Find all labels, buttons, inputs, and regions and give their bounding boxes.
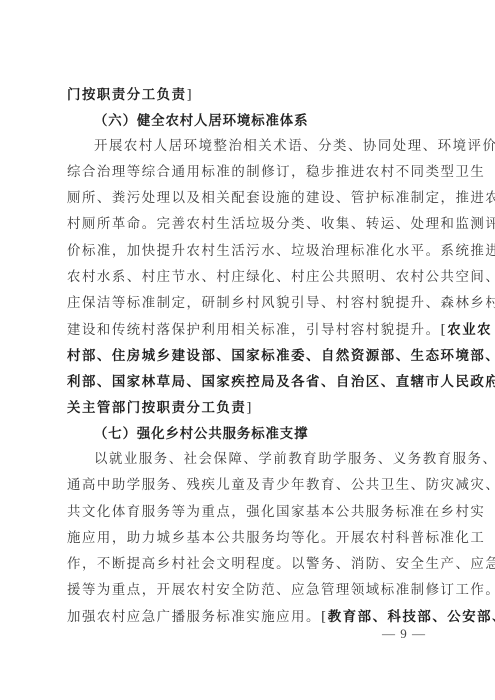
paragraph-line: 厕所、粪污处理以及相关配套设施的建设、管护标准制定，推进农 [67, 186, 433, 212]
paragraph-line: 村厕所革命。完善农村生活垃圾分类、收集、转运、处理和监测评 [67, 212, 433, 238]
closing-bracket: ] [246, 401, 253, 416]
paragraph-line: 农村水系、村庄节水、村庄绿化、村庄公共照明、农村公共空间、村 [67, 265, 433, 291]
responsibility-text: 门按职责分工负责 [67, 87, 187, 103]
paragraph-line: 价标准，加快提升农村生活污水、垃圾治理标准化水平。系统推进 [67, 239, 433, 265]
paragraph-line: 通高中助学服务、残疾儿童及青少年教育、公共卫生、防灾减灾、公 [67, 473, 433, 499]
plain-text: 建设和传统村落保护利用相关标准，引导村容村貌提升。[ [67, 323, 447, 338]
paragraph-line: 综合治理等综合通用标准的制修订，稳步推进农村不同类型卫生 [67, 160, 433, 186]
paragraph-line: 援等为重点，开展农村安全防范、应急管理领域标准制修订工作。 [67, 578, 433, 604]
paragraph-line: 加强农村应急广播服务标准实施应用。[教育部、科技部、公安部、 [67, 604, 433, 630]
responsibility-text: 农业农 [447, 322, 492, 338]
section-7-heading: （七）强化乡村公共服务标准支撑 [67, 421, 433, 447]
plain-text: 加强农村应急广播服务标准实施应用。[ [67, 610, 328, 625]
carryover-line: 门按职责分工负责] [67, 82, 433, 108]
paragraph-line: 作，不断提高乡村社会文明程度。以警务、消防、安全生产、应急救 [67, 552, 433, 578]
paragraph-line: 庄保洁等标准制定，研制乡村风貌引导、村容村貌提升、森林乡村 [67, 291, 433, 317]
paragraph-line: 共文化体育服务等为重点，强化国家基本公共服务标准在乡村实 [67, 500, 433, 526]
responsibility-text: 教育部、科技部、公安部、 [328, 609, 495, 625]
responsibility-text: 利部、国家林草局、国家疾控局及各省、自治区、直辖市人民政府有 [67, 374, 495, 390]
paragraph-line: 开展农村人居环境整治相关术语、分类、协同处理、环境评价、 [67, 134, 433, 160]
section-6-heading: （六）健全农村人居环境标准体系 [67, 108, 433, 134]
paragraph-line: 建设和传统村落保护利用相关标准，引导村容村貌提升。[农业农 [67, 317, 433, 343]
paragraph-line: 利部、国家林草局、国家疾控局及各省、自治区、直辖市人民政府有 [67, 369, 433, 395]
paragraph-line: 施应用，助力城乡基本公共服务均等化。开展农村科普标准化工 [67, 526, 433, 552]
paragraph-line: 关主管部门按职责分工负责] [67, 395, 433, 421]
document-page: 门按职责分工负责] （六）健全农村人居环境标准体系 开展农村人居环境整治相关术语… [67, 82, 433, 630]
responsibility-text: 关主管部门按职责分工负责 [67, 400, 246, 416]
closing-bracket: ] [187, 88, 194, 103]
responsibility-text: 村部、住房城乡建设部、国家标准委、自然资源部、生态环境部、水 [67, 348, 495, 364]
paragraph-line: 以就业服务、社会保障、学前教育助学服务、义务教育服务、普 [67, 447, 433, 473]
paragraph-line: 村部、住房城乡建设部、国家标准委、自然资源部、生态环境部、水 [67, 343, 433, 369]
page-number: — 9 — [382, 626, 426, 642]
